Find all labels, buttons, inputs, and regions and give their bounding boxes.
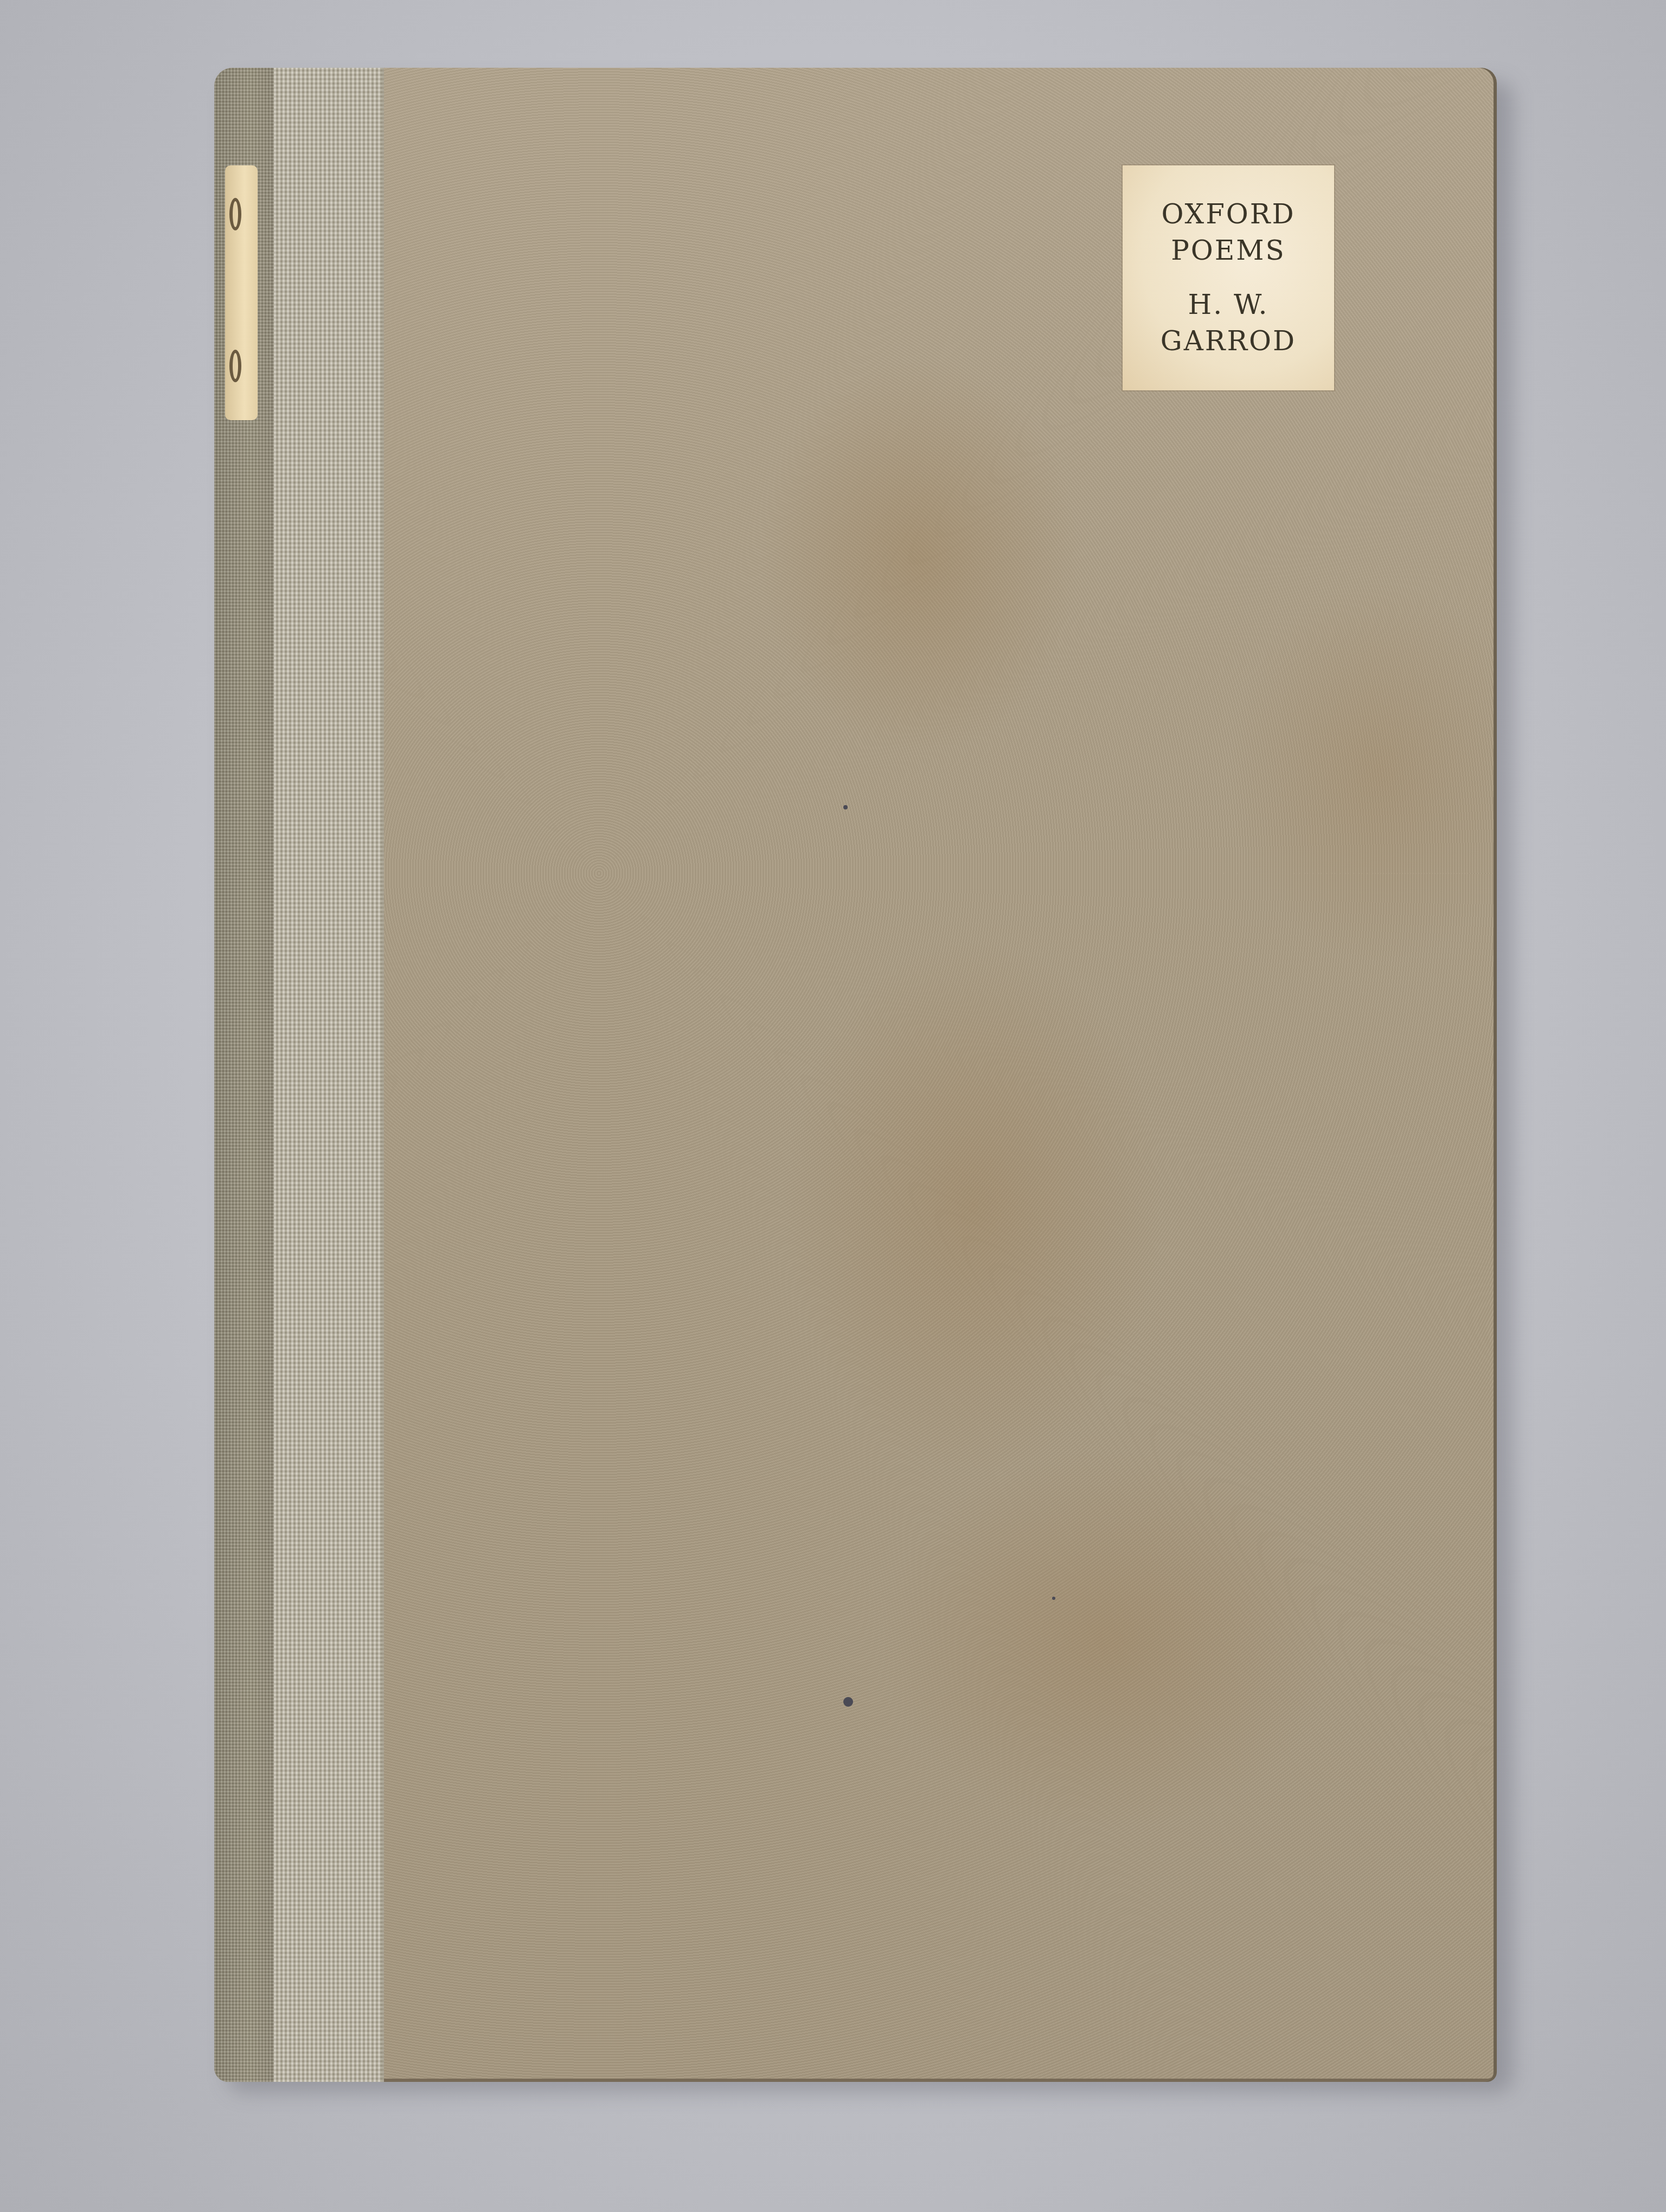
spine-cloth-band bbox=[274, 68, 384, 2082]
spine-label-letter bbox=[229, 198, 241, 230]
cover-blemish bbox=[843, 1697, 853, 1707]
cover-blemish bbox=[843, 805, 848, 809]
cover-title-label: OXFORD POEMS H. W. GARROD bbox=[1123, 165, 1334, 390]
label-line-title-2: POEMS bbox=[1171, 235, 1286, 267]
spine-label bbox=[225, 165, 258, 420]
label-line-author-initials: H. W. bbox=[1188, 290, 1269, 321]
spine-hinge bbox=[214, 68, 274, 2082]
label-line-author-surname: GARROD bbox=[1161, 326, 1296, 357]
spine-label-letter bbox=[229, 350, 241, 382]
book-cover: OXFORD POEMS H. W. GARROD bbox=[214, 68, 1497, 2082]
label-line-title-1: OXFORD bbox=[1161, 199, 1295, 230]
cover-blemish bbox=[1052, 1597, 1055, 1600]
